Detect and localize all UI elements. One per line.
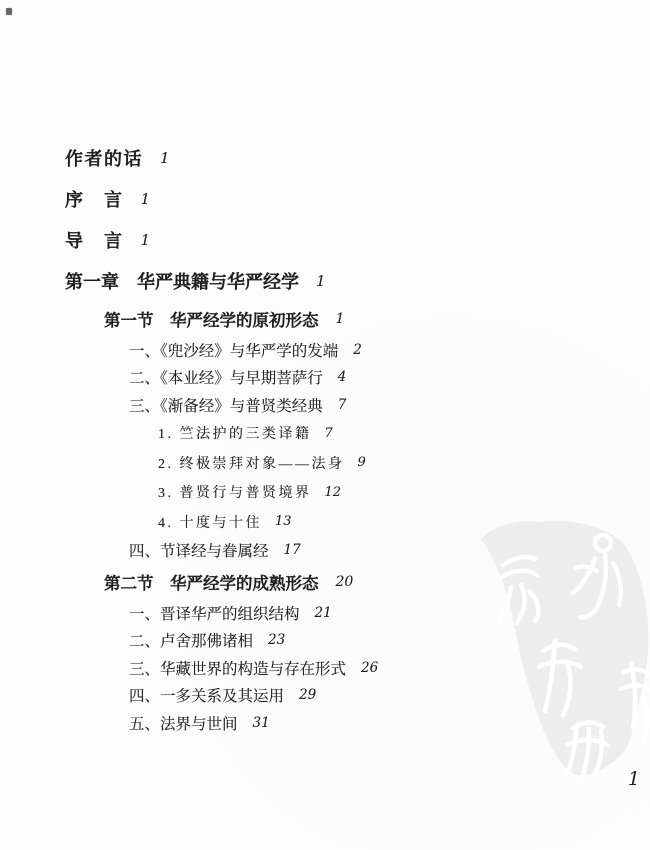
toc-entry-front: 导 言 1 [0,219,650,260]
toc-entry-title: 导 言 [65,227,124,253]
toc-entry-subitem: 4. 十度与十住 13 [0,507,650,537]
toc-entry-title: 2. 终极崇拜对象——法身 [158,453,345,473]
toc-entry-item: 五、法界与世间 31 [0,709,650,737]
toc-entry-title: 第一节 华严经学的原初形态 [104,307,319,331]
toc-entry-page: 2 [353,342,362,358]
toc-entry-item: 三、《渐备经》与普贤类经典 7 [0,391,650,419]
toc-entry-title: 第二节 华严经学的成熟形态 [104,570,319,594]
toc-entry-page: 20 [336,574,354,590]
toc-entry-front: 作者的话 1 [0,137,650,178]
toc-entry-page: 21 [315,605,332,621]
toc-entry-page: 1 [141,231,151,249]
toc-entry-page: 13 [275,514,292,529]
toc-entry-title: 一、《兜沙经》与华严学的发端 [129,339,338,361]
toc-entry-page: 26 [361,660,378,676]
toc-entry-front: 序 言 1 [0,178,650,219]
toc-entry-page: 1 [336,311,345,327]
toc-entry-title: 3. 普贤行与普贤境界 [158,482,312,502]
toc-entry-title: 二、卢舍那佛诸相 [129,629,253,651]
toc-entry-page: 7 [325,426,333,441]
toc-entry-item: 二、卢舍那佛诸相 23 [0,627,650,655]
toc-entry-section: 第一节 华严经学的原初形态 1 [0,301,650,336]
toc-entry-title: 二、《本业经》与早期菩萨行 [129,366,323,388]
toc-entry-page: 31 [253,715,270,731]
toc-entry-item: 四、节译经与眷属经 17 [0,537,650,565]
toc-entry-page: 1 [316,272,326,290]
toc-entry-title: 序 言 [65,186,124,212]
toc-entry-subitem: 1. 竺法护的三类译籍 7 [0,419,650,449]
toc-entry-item: 四、一多关系及其运用 29 [0,682,650,710]
toc-entry-item: 一、晋译华严的组织结构 21 [0,599,650,627]
toc-entry-item: 二、《本业经》与早期菩萨行 4 [0,364,650,392]
toc-entry-title: 三、华藏世界的构造与存在形式 [129,657,346,679]
toc-entry-title: 四、节译经与眷属经 [129,539,269,561]
toc-entry-title: 4. 十度与十住 [158,512,262,532]
toc-entry-chapter: 第一章 华严典籍与华严经学 1 [0,260,650,301]
scanned-book-page: 作者的话 1 序 言 1 导 言 1 第一章 华严典籍与华严经学 1 第一节 华… [0,0,650,850]
toc-entry-page: 12 [325,485,342,500]
toc-entry-title: 一、晋译华严的组织结构 [129,602,300,624]
page-number: 1 [628,768,640,790]
toc-entry-page: 1 [141,190,151,208]
toc-entry-page: 1 [160,149,170,167]
table-of-contents: 作者的话 1 序 言 1 导 言 1 第一章 华严典籍与华严经学 1 第一节 华… [0,137,650,737]
toc-entry-page: 23 [268,632,285,648]
scan-artifact-speck [6,8,12,15]
toc-entry-page: 9 [358,455,366,470]
toc-entry-title: 作者的话 [65,145,143,171]
toc-entry-page: 17 [284,542,301,558]
toc-entry-item: 一、《兜沙经》与华严学的发端 2 [0,336,650,364]
toc-entry-title: 1. 竺法护的三类译籍 [158,423,312,443]
toc-entry-title: 第一章 华严典籍与华严经学 [65,268,299,294]
toc-entry-subitem: 2. 终极崇拜对象——法身 9 [0,448,650,478]
toc-entry-page: 29 [299,687,316,703]
toc-entry-page: 4 [338,369,347,385]
toc-entry-title: 三、《渐备经》与普贤类经典 [129,394,323,416]
toc-entry-page: 7 [338,397,347,413]
toc-entry-subitem: 3. 普贤行与普贤境界 12 [0,478,650,508]
toc-entry-item: 三、华藏世界的构造与存在形式 26 [0,654,650,682]
toc-entry-title: 四、一多关系及其运用 [129,684,284,706]
toc-entry-title: 五、法界与世间 [129,712,238,734]
toc-entry-section: 第二节 华严经学的成熟形态 20 [0,564,650,599]
